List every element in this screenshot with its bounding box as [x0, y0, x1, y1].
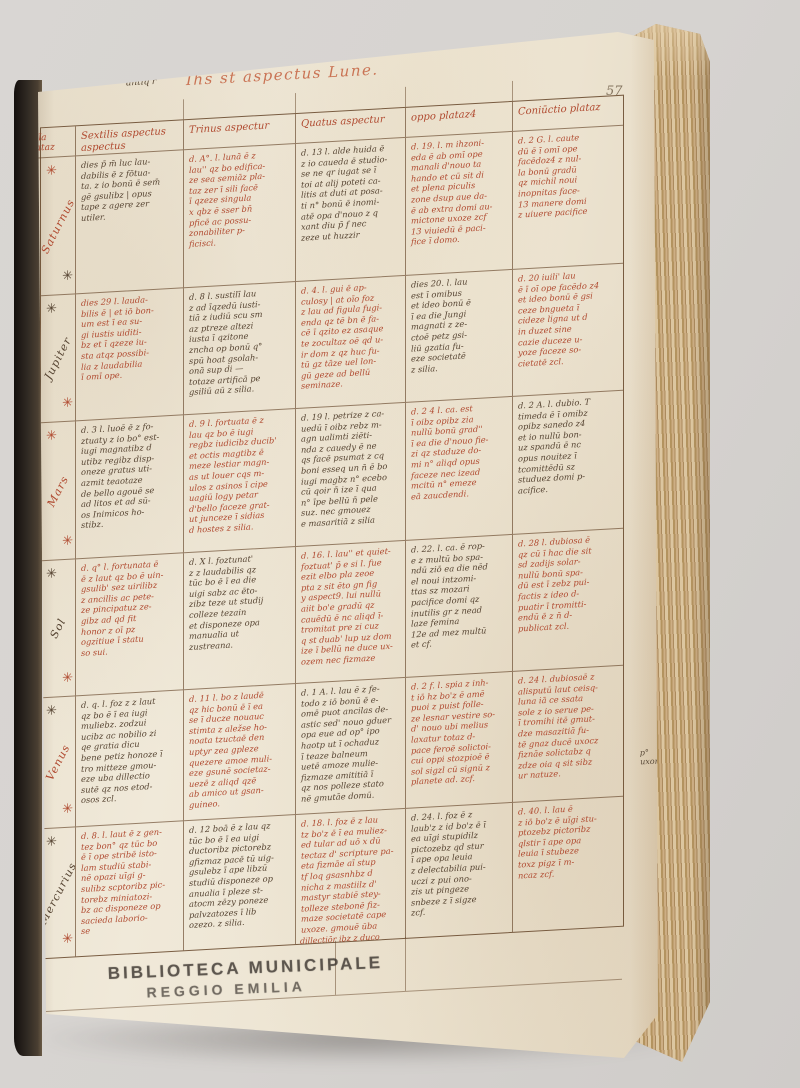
corner-annotation: antiq'r — [126, 77, 156, 89]
star-symbol-icon: ✳ — [46, 834, 57, 851]
table-cell: d. 16. l. lau'' et quiet- foztuat' p̄ e … — [296, 541, 406, 684]
table-cell: d. 24 l. dubiosaē z alisputū laut ceisq-… — [513, 666, 623, 803]
table-cell: dies 20. l. lau est ī omibus et ideo bon… — [406, 270, 513, 403]
table-cell: dies 29 l. lauda- bilis ē | et iō bon- u… — [76, 288, 184, 421]
planet-name: Jupiter — [42, 335, 75, 382]
star-symbol-icon: ✳ — [62, 671, 73, 688]
manuscript-photo: antiq'r Ihs st aspectus Lune. noīa plata… — [0, 0, 800, 1088]
planet-row-label-venus: ✳ Venus ✳ — [41, 696, 76, 829]
page-title: Ihs st aspectus Lune. — [186, 60, 379, 89]
ink-layer: antiq'r Ihs st aspectus Lune. noīa plata… — [28, 0, 660, 1068]
planet-row-label-mercurius: ✳ Mercurius ✳ — [41, 827, 76, 958]
planet-name: Saturnus — [41, 196, 76, 255]
table-cell: d. 4. l. gui ē ap- culosy | at oīo foz z… — [296, 276, 406, 409]
table-cell: d. 22. l. ca. ē rop- e z multū bo spa- n… — [406, 535, 513, 678]
table-cell: d. 11 l. bo z laudē qz hic bonū ē ī ea s… — [184, 684, 296, 821]
planet-name: Venus — [43, 742, 72, 782]
planet-row-label-jupiter: ✳ Jupiter ✳ — [41, 294, 76, 423]
star-symbol-icon: ✳ — [46, 428, 57, 445]
table-cell: d. 13 l. alde huida ē z io caueda ē stud… — [296, 138, 406, 282]
star-symbol-icon: ✳ — [46, 566, 57, 583]
table-cell: d. 28 l. dubiosa ē qz cū ī hac die sit s… — [513, 529, 623, 672]
table-cell: d. q° l. fortunata ē ē z laut qz bo ē ui… — [76, 553, 184, 696]
planet-row-label-mars: ✳ Mars ✳ — [41, 421, 76, 561]
table-cell: d. 2 f. l. spia z inh- t iō hz bo'z ē am… — [406, 672, 513, 809]
table-cell: d. q. l. foz z z laut qz bo ē ī ea iugi … — [76, 690, 184, 827]
planet-row-label-sol: ✳ Sol ✳ — [41, 559, 76, 698]
table-cell: d. 18. l. foz ē z lau tz bo'z ē ī ea mul… — [296, 809, 406, 944]
planet-row-label-saturnus: ✳ Saturnus ✳ — [41, 156, 76, 296]
star-symbol-icon: ✳ — [62, 534, 73, 551]
table-cell: d. 3 l. luoē ē z fo- ztuaty z io bo° est… — [76, 415, 184, 559]
table-cell: d. 40. l. lau ē z iō bo'z ē uīgi stu- pt… — [513, 797, 623, 932]
table-cell: d. 12 boā ē z lau qz tūc bo ē ī ea uigi … — [184, 815, 296, 950]
table-cell: d. 2 G. l. caute dū ē ī omī ope facēdoz4… — [513, 126, 623, 270]
planet-name: Mercurius — [41, 860, 76, 926]
manuscript-page: antiq'r Ihs st aspectus Lune. noīa plata… — [28, 24, 660, 1068]
ruling-line — [183, 99, 184, 119]
planet-name: Mars — [45, 473, 72, 508]
ruling-line — [512, 81, 513, 101]
star-symbol-icon: ✳ — [46, 163, 57, 180]
aspect-table: noīa plataz Sextilis aspectus aspectus T… — [40, 95, 624, 960]
ruling-line — [405, 87, 406, 107]
table-cell: d. 20 iuili' lau ē ī oī ope facēdo z4 et… — [513, 264, 623, 397]
table-cell: d. 2 A. l. dubio. T timeda ē ī omibz opi… — [513, 391, 623, 535]
table-cell: d. 24. l. foz ē z laub'z z id bo'z ē ī e… — [406, 803, 513, 938]
planet-name: Sol — [47, 616, 68, 640]
book-spine — [14, 80, 42, 1056]
table-cell: dies p̄ m̄ luc lau- dabilis ē z fōtua- t… — [76, 150, 184, 294]
star-symbol-icon: ✳ — [46, 301, 57, 318]
table-cell: d. 8. l. laut ē z gen- tez bon° qz tūc b… — [76, 821, 184, 956]
table-cell: d. 8 l. sustilī lau z ad īqzedū iusti- t… — [184, 282, 296, 415]
table-cell: d. 19. l. m ihzoni- eda ē ab omī ope man… — [406, 132, 513, 276]
table-cell: d. 9 l. fortuata ē z lau qz bo ē iugi re… — [184, 409, 296, 553]
star-symbol-icon: ✳ — [62, 396, 73, 413]
star-symbol-icon: ✳ — [62, 802, 73, 819]
star-symbol-icon: ✳ — [62, 932, 73, 949]
folio-number: 57 — [606, 84, 623, 99]
table-cell: d. A°. l. lunā ē z lau'' qz bo edifica- … — [184, 144, 296, 288]
star-symbol-icon: ✳ — [46, 703, 57, 720]
table-cell: d. X l. foztunat' z z laudabilis qz tūc … — [184, 547, 296, 690]
table-cell: d. 2 4 l. ca. est ī oibz opibz zia nullū… — [406, 397, 513, 541]
star-symbol-icon: ✳ — [62, 269, 73, 286]
table-cell: d. 1 A. l. lau ē z fe- todo z iō bonū ē … — [296, 678, 406, 815]
ruling-line — [295, 93, 296, 113]
table-cell: d. 19 l. petrize z ca- uedū ī oibz rebz … — [296, 403, 406, 547]
